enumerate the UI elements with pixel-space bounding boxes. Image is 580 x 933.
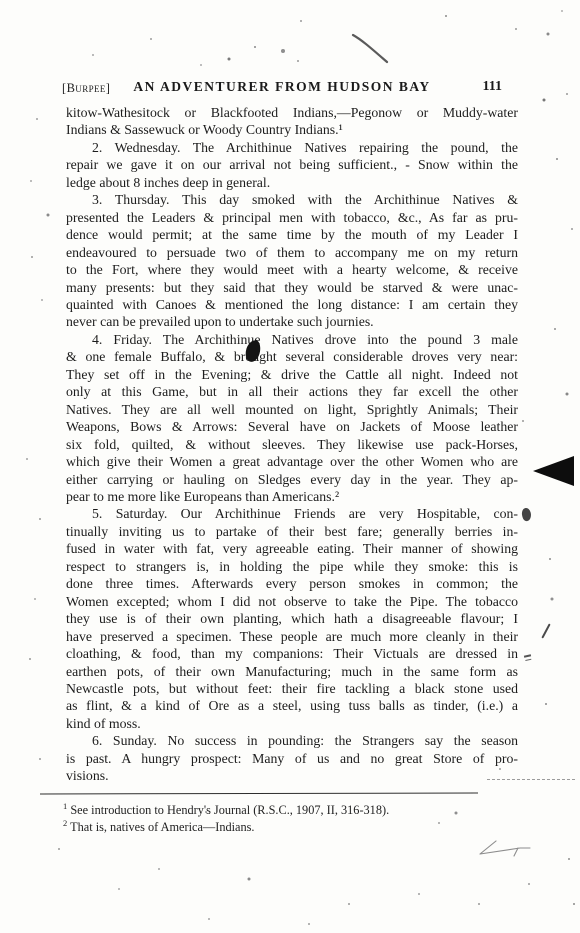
body-text: kitow-Wathesitock or Blackfooted Indians… — [66, 104, 518, 785]
text-line: they use is of their own planting, which… — [66, 610, 518, 627]
text-line: have preserved a specimen. These people … — [66, 628, 518, 645]
text-line: pear to me more like Europeans than Amer… — [66, 488, 518, 505]
text-line: 3. Thursday. This day smoked with the Ar… — [66, 191, 518, 208]
pencil-dash-line — [487, 779, 575, 780]
text-line: quainted with Canoes & mentioned the lon… — [66, 296, 518, 313]
book-page: [Burpee] AN ADVENTURER FROM HUDSON BAY 1… — [0, 0, 580, 933]
text-line: Indians & Sassewuck or Woody Country Ind… — [66, 121, 518, 138]
paragraph: 5. Saturday. Our Archithinue Friends are… — [66, 505, 518, 732]
text-line: Natives. They are all well mounted on li… — [66, 401, 518, 418]
text-line: fused in water with fat, very agreeable … — [66, 540, 518, 557]
text-line: cloathing, & food, than my companions: T… — [66, 645, 518, 662]
text-line: 5. Saturday. Our Archithinue Friends are… — [66, 505, 518, 522]
footnote-text: That is, natives of America—Indians. — [67, 820, 254, 834]
running-title: AN ADVENTURER FROM HUDSON BAY — [62, 79, 502, 95]
margin-triangle-mark — [533, 456, 574, 486]
text-line: dence would permit; at the same time by … — [66, 226, 518, 243]
text-line: presented the Leaders & principal men wi… — [66, 209, 518, 226]
text-line: Weapons, Bows & Arrows: Several have on … — [66, 418, 518, 435]
small-ink-blot — [521, 507, 533, 522]
tick-pen-mark — [524, 654, 531, 657]
text-line: six fold, quilted, & without sleeves. Th… — [66, 436, 518, 453]
text-line: visions. — [66, 767, 518, 784]
pencil-scribble-mark — [474, 836, 534, 860]
text-line: only at this Game, but in all their acti… — [66, 383, 518, 400]
text-line: 4. Friday. The Archithinue Natives drove… — [66, 331, 518, 348]
text-line: never can be prevailed upon to undertake… — [66, 313, 518, 330]
text-line: earthen pots, of their own Manufacturing… — [66, 663, 518, 680]
text-line: ledge about 8 inches deep in general. — [66, 174, 518, 191]
text-line: respect to strangers is, in holding the … — [66, 558, 518, 575]
paragraph: 4. Friday. The Archithinue Natives drove… — [66, 331, 518, 506]
text-line: & one female Buffalo, & brought several … — [66, 348, 518, 365]
text-line: either carrying or hauling on Sledges ev… — [66, 471, 518, 488]
footnote-text: See introduction to Hendry's Journal (R.… — [67, 803, 389, 817]
page-header: [Burpee] AN ADVENTURER FROM HUDSON BAY 1… — [62, 79, 502, 97]
text-line: 6. Sunday. No success in pounding: the S… — [66, 732, 518, 749]
text-line: is past. A hungry prospect: Many of us a… — [66, 750, 518, 767]
paragraph: 2. Wednesday. The Archithinue Natives re… — [66, 139, 518, 191]
text-line: which give their Women a great advantage… — [66, 453, 518, 470]
text-line: 2. Wednesday. The Archithinue Natives re… — [66, 139, 518, 156]
text-line: kind of moss. — [66, 715, 518, 732]
text-line: to the Fort, where they would meet with … — [66, 261, 518, 278]
text-line: as flint, & a kind of Ore as a steel, us… — [66, 697, 518, 714]
text-line: tinually inviting us to partake of their… — [66, 523, 518, 540]
text-line: Women excepted; whom I did not observe t… — [66, 593, 518, 610]
footnote: 2 That is, natives of America—Indians. — [63, 819, 508, 836]
slash-pen-mark — [541, 623, 550, 638]
text-line: many presents: but they said that they w… — [66, 279, 518, 296]
page-number: 111 — [483, 79, 502, 95]
footnote-list: 1 See introduction to Hendry's Journal (… — [63, 802, 508, 836]
text-line: kitow-Wathesitock or Blackfooted Indians… — [66, 104, 518, 121]
text-line: repair we gave it on our arrival not bei… — [66, 156, 518, 173]
text-line: Newcastle pots, but without feet: their … — [66, 680, 518, 697]
text-line: They set off in the Evening; & drive the… — [66, 366, 518, 383]
footnote-rule — [40, 793, 478, 795]
pen-stroke-mark — [350, 30, 392, 66]
text-line: endeavoured to persuade two of them to a… — [66, 244, 518, 261]
scan-noise-speckles — [0, 0, 2, 2]
footnote: 1 See introduction to Hendry's Journal (… — [63, 802, 508, 819]
paragraph: kitow-Wathesitock or Blackfooted Indians… — [66, 104, 518, 139]
paragraph: 3. Thursday. This day smoked with the Ar… — [66, 191, 518, 331]
paragraph: 6. Sunday. No success in pounding: the S… — [66, 732, 518, 784]
text-line: done three times. Afterwards every perso… — [66, 575, 518, 592]
